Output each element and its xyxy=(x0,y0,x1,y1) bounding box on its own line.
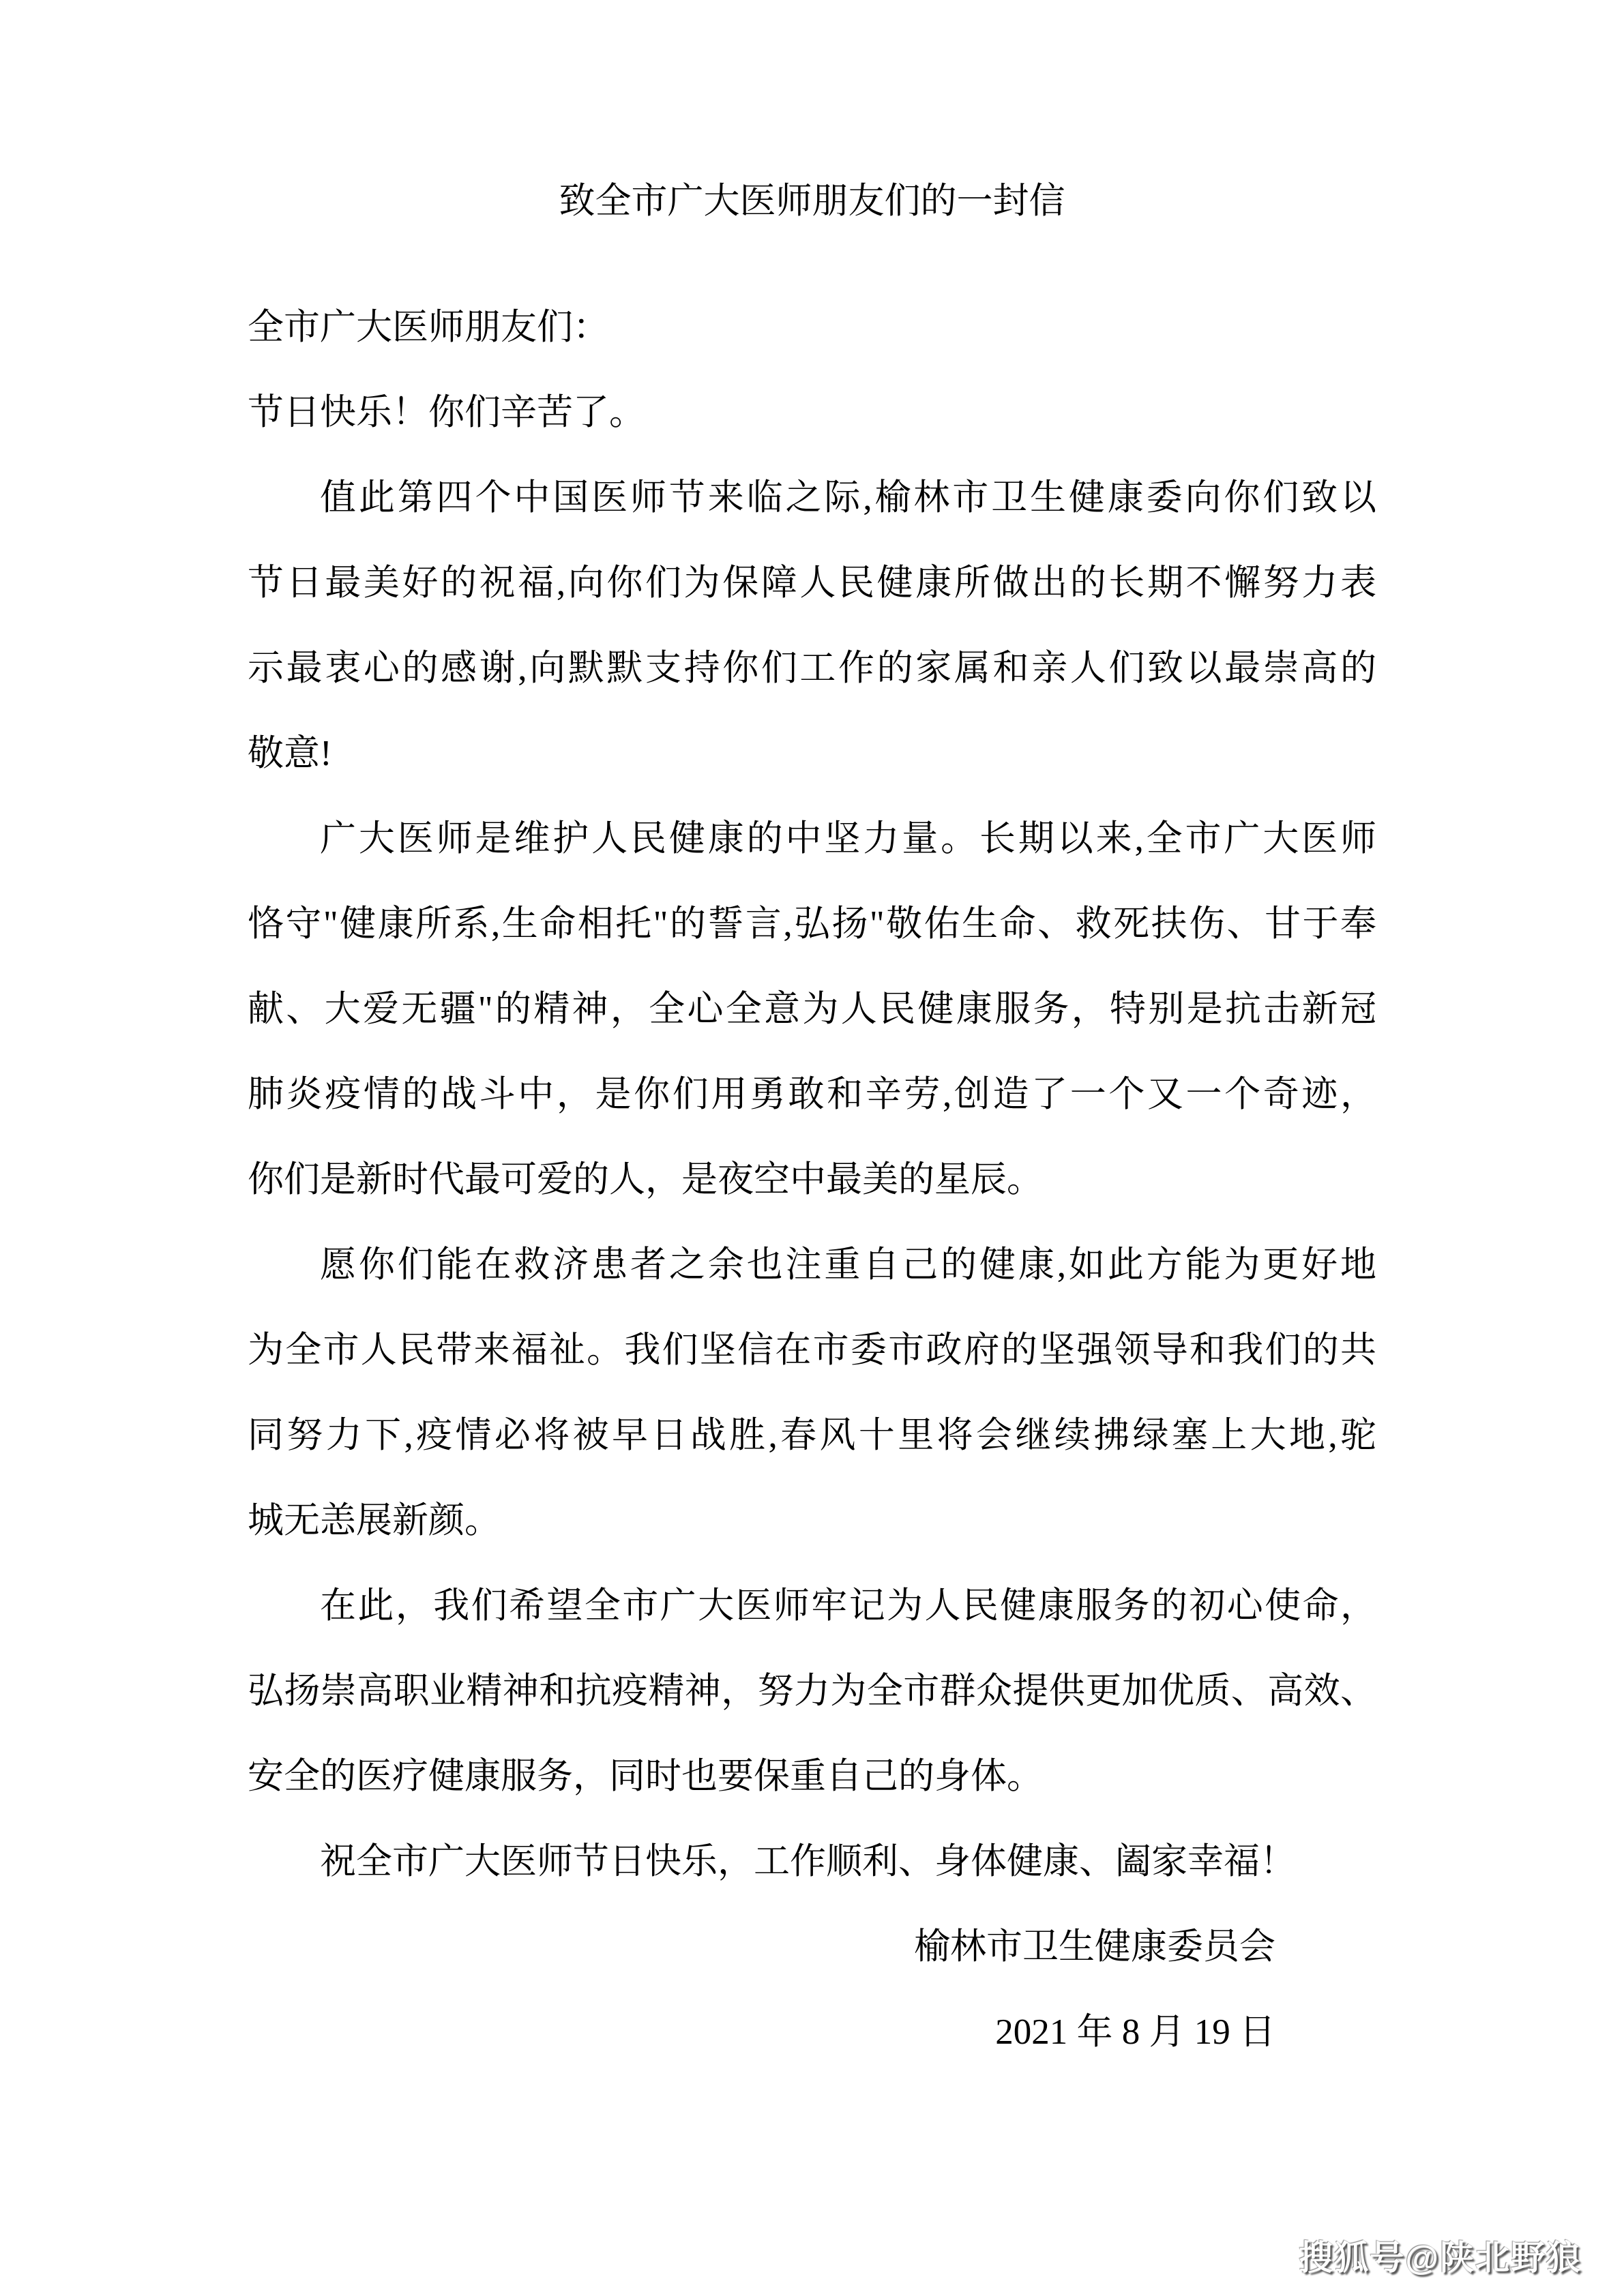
body-line: 为全市人民带来福祉。我们坚信在市委市政府的坚强领导和我们的共 xyxy=(248,1308,1376,1393)
body-line: 同努力下,疫情必将被早日战胜,春风十里将会继续拂绿塞上大地,驼 xyxy=(248,1393,1376,1478)
greeting-line: 节日快乐！你们辛苦了。 xyxy=(248,370,1376,456)
body-line: 示最衷心的感谢,向默默支持你们工作的家属和亲人们致以最崇高的 xyxy=(248,626,1376,711)
letter-date: 2021 年 8 月 19 日 xyxy=(248,1990,1376,2075)
letter-content: 致全市广大医师朋友们的一封信 全市广大医师朋友们：节日快乐！你们辛苦了。值此第四… xyxy=(248,159,1376,2075)
body-line: 值此第四个中国医师节来临之际,榆林市卫生健康委向你们致以 xyxy=(248,456,1376,541)
body-line: 弘扬崇高职业精神和抗疫精神，努力为全市群众提供更加优质、高效、 xyxy=(248,1649,1376,1734)
body-line: 敬意! xyxy=(248,711,1376,796)
letter-body: 全市广大医师朋友们：节日快乐！你们辛苦了。值此第四个中国医师节来临之际,榆林市卫… xyxy=(248,285,1376,1905)
salutation-line: 全市广大医师朋友们： xyxy=(248,285,1376,370)
sohu-watermark: 搜狐号@陕北野狼 xyxy=(1299,2231,1582,2280)
body-line: 肺炎疫情的战斗中，是你们用勇敢和辛劳,创造了一个又一个奇迹， xyxy=(248,1052,1376,1137)
body-line: 你们是新时代最可爱的人，是夜空中最美的星辰。 xyxy=(248,1137,1376,1223)
body-line: 城无恙展新颜。 xyxy=(248,1478,1376,1564)
body-line: 恪守"健康所系,生命相托"的誓言,弘扬"敬佑生命、救死扶伤、甘于奉 xyxy=(248,882,1376,967)
body-line: 愿你们能在救济患者之余也注重自己的健康,如此方能为更好地 xyxy=(248,1223,1376,1308)
letter-signature: 榆林市卫生健康委员会 xyxy=(248,1905,1376,1990)
body-line: 献、大爱无疆"的精神，全心全意为人民健康服务，特别是抗击新冠 xyxy=(248,967,1376,1052)
letter-title: 致全市广大医师朋友们的一封信 xyxy=(248,159,1376,244)
body-line: 节日最美好的祝福,向你们为保障人民健康所做出的长期不懈努力表 xyxy=(248,541,1376,626)
body-line: 在此，我们希望全市广大医师牢记为人民健康服务的初心使命， xyxy=(248,1564,1376,1649)
body-line: 广大医师是维护人民健康的中坚力量。长期以来,全市广大医师 xyxy=(248,796,1376,882)
body-line: 安全的医疗健康服务，同时也要保重自己的身体。 xyxy=(248,1734,1376,1819)
body-line: 祝全市广大医师节日快乐，工作顺利、身体健康、阖家幸福！ xyxy=(248,1819,1376,1905)
